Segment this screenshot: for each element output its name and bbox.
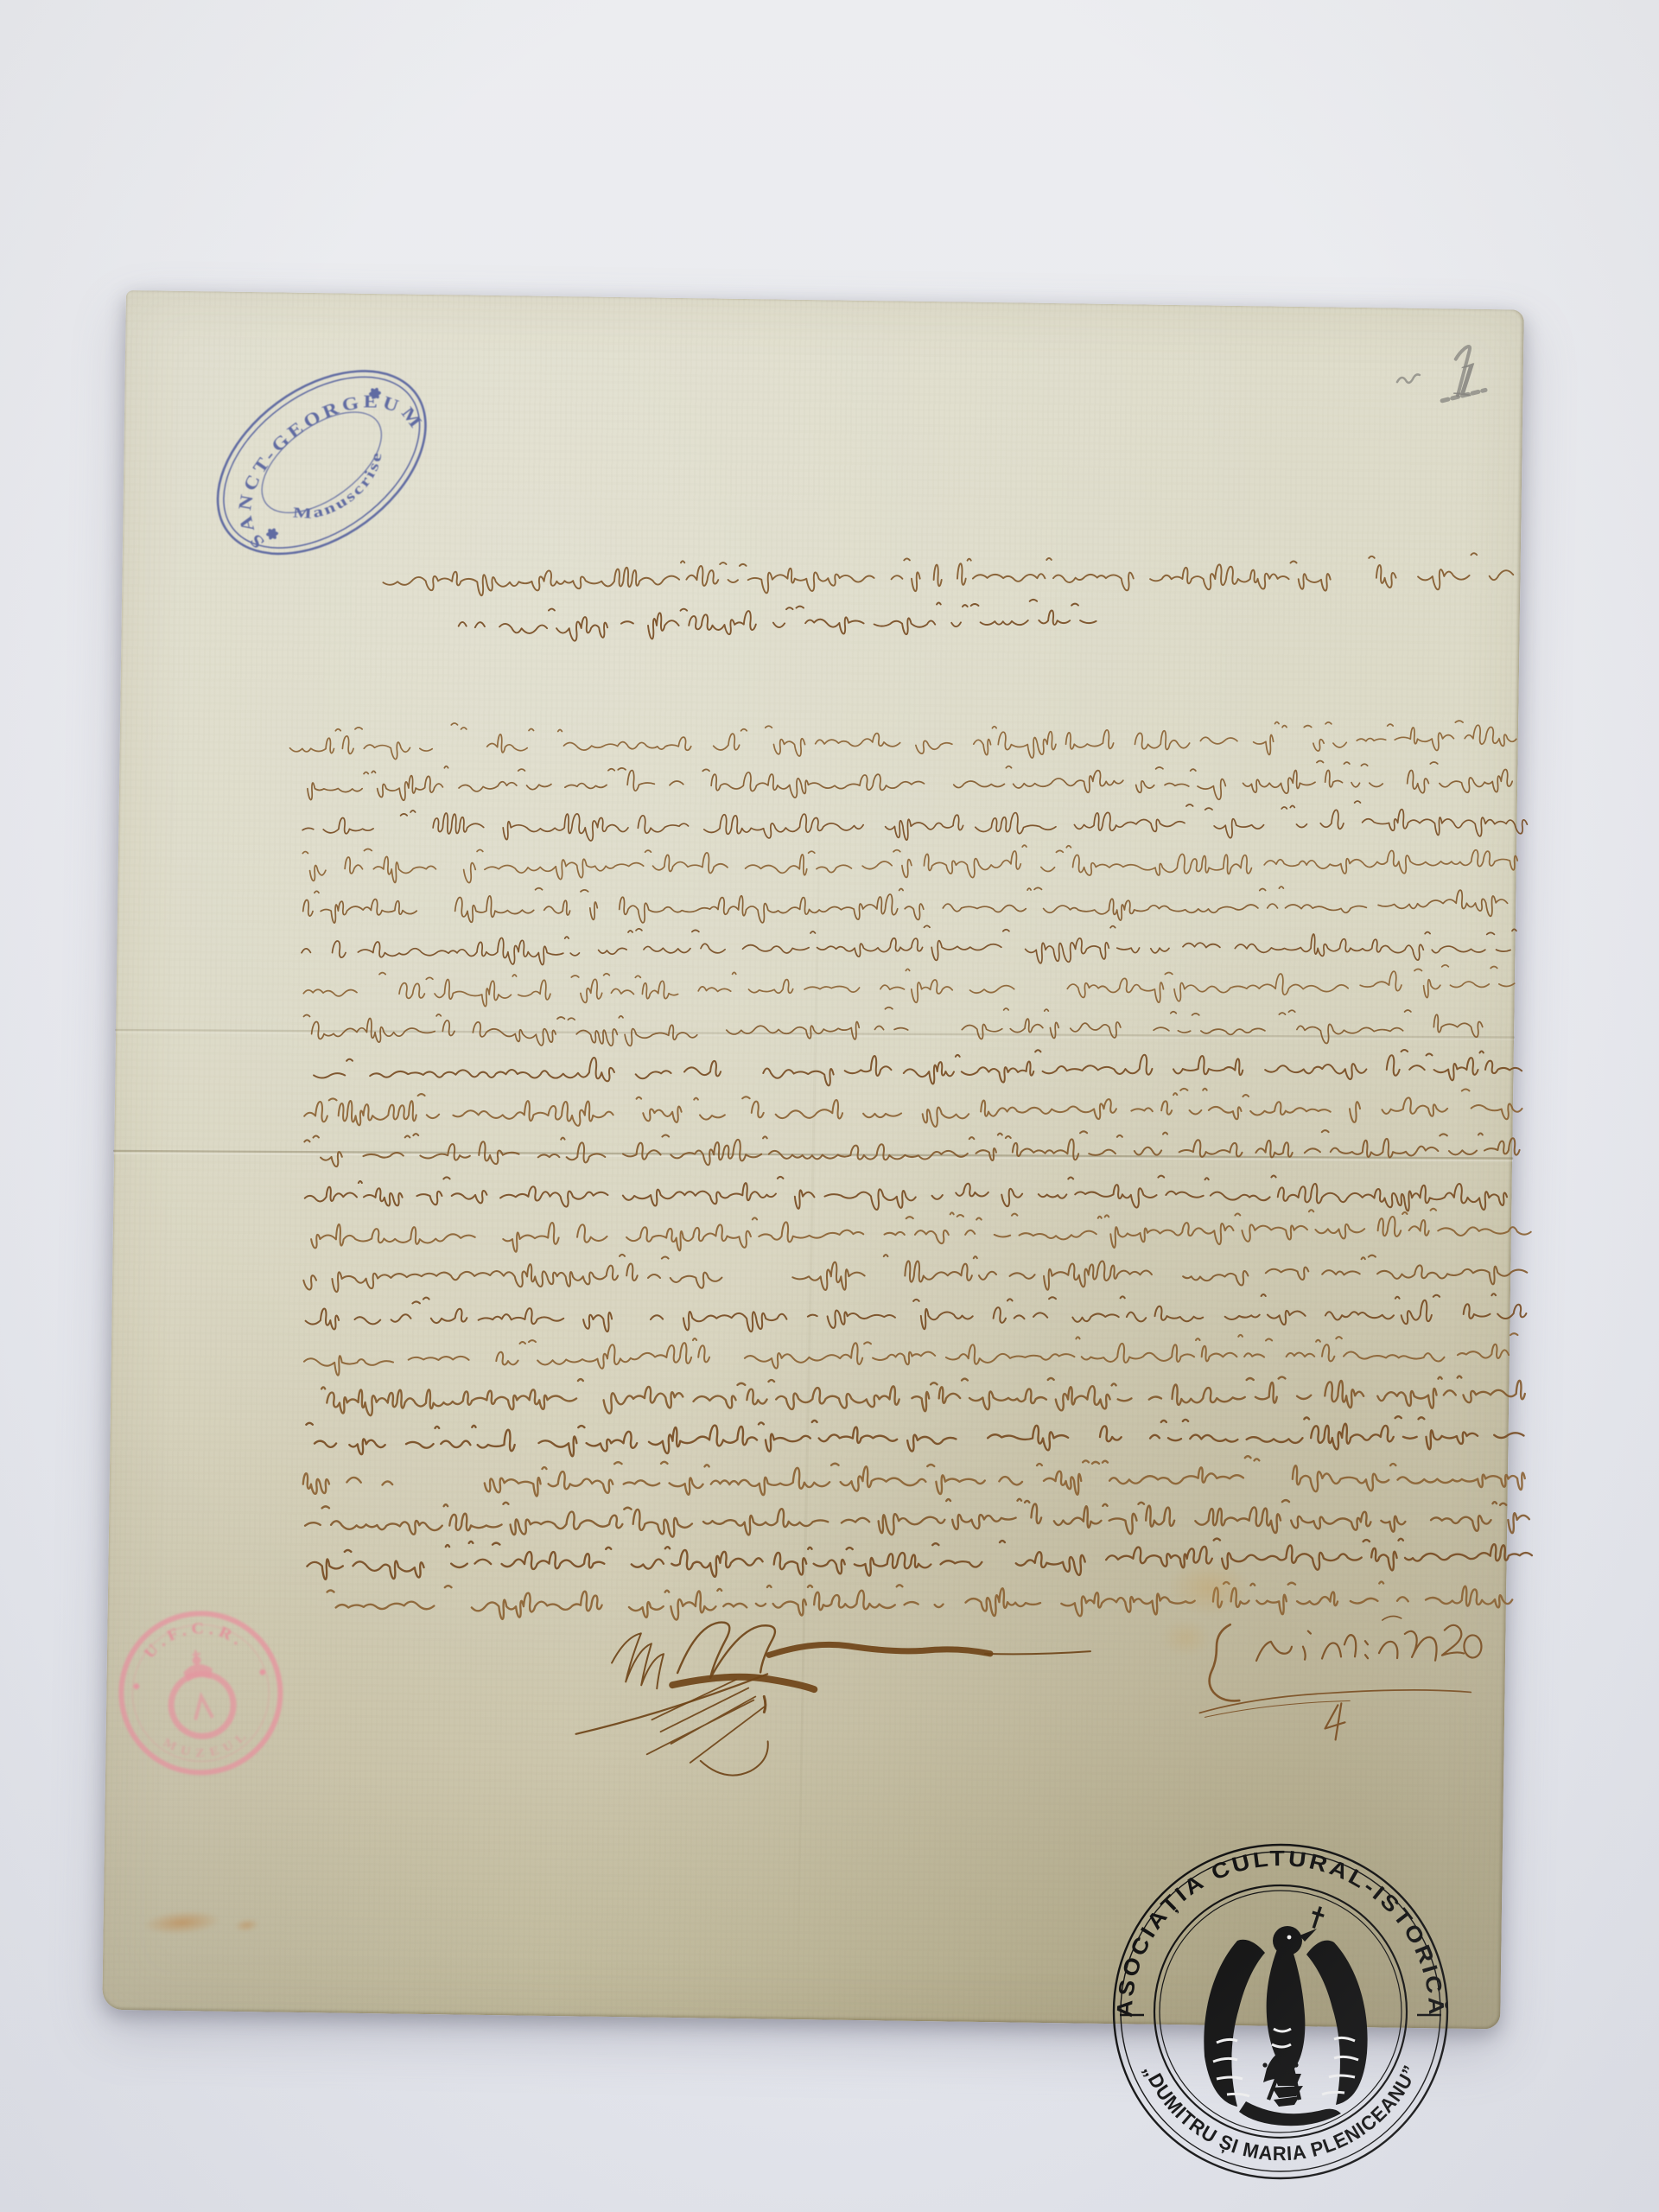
crowned-eagle-icon [1204, 1905, 1367, 2126]
manuscript-body-line [303, 882, 1527, 925]
manuscript-heading-line [459, 599, 1096, 641]
dateline-stroke [1205, 1700, 1350, 1717]
fold-creases [114, 1018, 1514, 1173]
manuscript-body-line [303, 1249, 1527, 1294]
manuscript-heading-line [383, 553, 1513, 596]
manuscript-body-line [305, 1496, 1529, 1541]
manuscript-ink-layer: 1 [102, 290, 1524, 2029]
manuscript-body-line [302, 842, 1517, 883]
dateline-stroke [1256, 1630, 1437, 1662]
signature-stroke [769, 1643, 990, 1655]
signature-stroke [612, 1633, 664, 1688]
manuscript-body-line [327, 1580, 1513, 1622]
pencil-annotations: 1 [1397, 346, 1485, 409]
dateline-stroke [1209, 1624, 1239, 1700]
manuscript-body-line [311, 1208, 1531, 1253]
manuscript-body-line [307, 1535, 1532, 1580]
manuscript-body-line [305, 1171, 1517, 1217]
signature-stroke [646, 1679, 765, 1763]
pencil-mark [1397, 374, 1420, 383]
signature-stroke [985, 1651, 1090, 1654]
manuscript-body-line [303, 1004, 1482, 1050]
dateline-stroke [1382, 1616, 1402, 1620]
manuscript-body-line [302, 800, 1528, 844]
manuscript-body-line [302, 922, 1518, 968]
manuscript-page: SANCT-GEORGEUM Manuscrise [102, 290, 1524, 2029]
manuscript-body-line [306, 1415, 1523, 1458]
manuscript-body-line [289, 716, 1516, 762]
dateline-stroke [1325, 1703, 1344, 1739]
signature-stroke [764, 1696, 766, 1712]
manuscript-body-line [303, 964, 1515, 1007]
association-watermark-seal: ASOCIAȚIA CULTURAL-ISTORICĂ „DUMITRU ȘI … [1099, 1830, 1462, 2193]
manuscript-body-line [308, 760, 1513, 805]
manuscript-body-line [304, 1333, 1520, 1376]
manuscript-body-line [305, 1291, 1526, 1334]
manuscript-body-line [304, 1127, 1519, 1167]
signature-stroke [677, 1622, 776, 1678]
manuscript-body-line [304, 1086, 1522, 1130]
dateline-stroke [1442, 1625, 1482, 1658]
manuscript-body-line [303, 1454, 1525, 1499]
manuscript-body-line [321, 1373, 1525, 1415]
manuscript-body-line [314, 1047, 1522, 1089]
photo-of-manuscript: SANCT-GEORGEUM Manuscrise [0, 0, 1659, 2212]
